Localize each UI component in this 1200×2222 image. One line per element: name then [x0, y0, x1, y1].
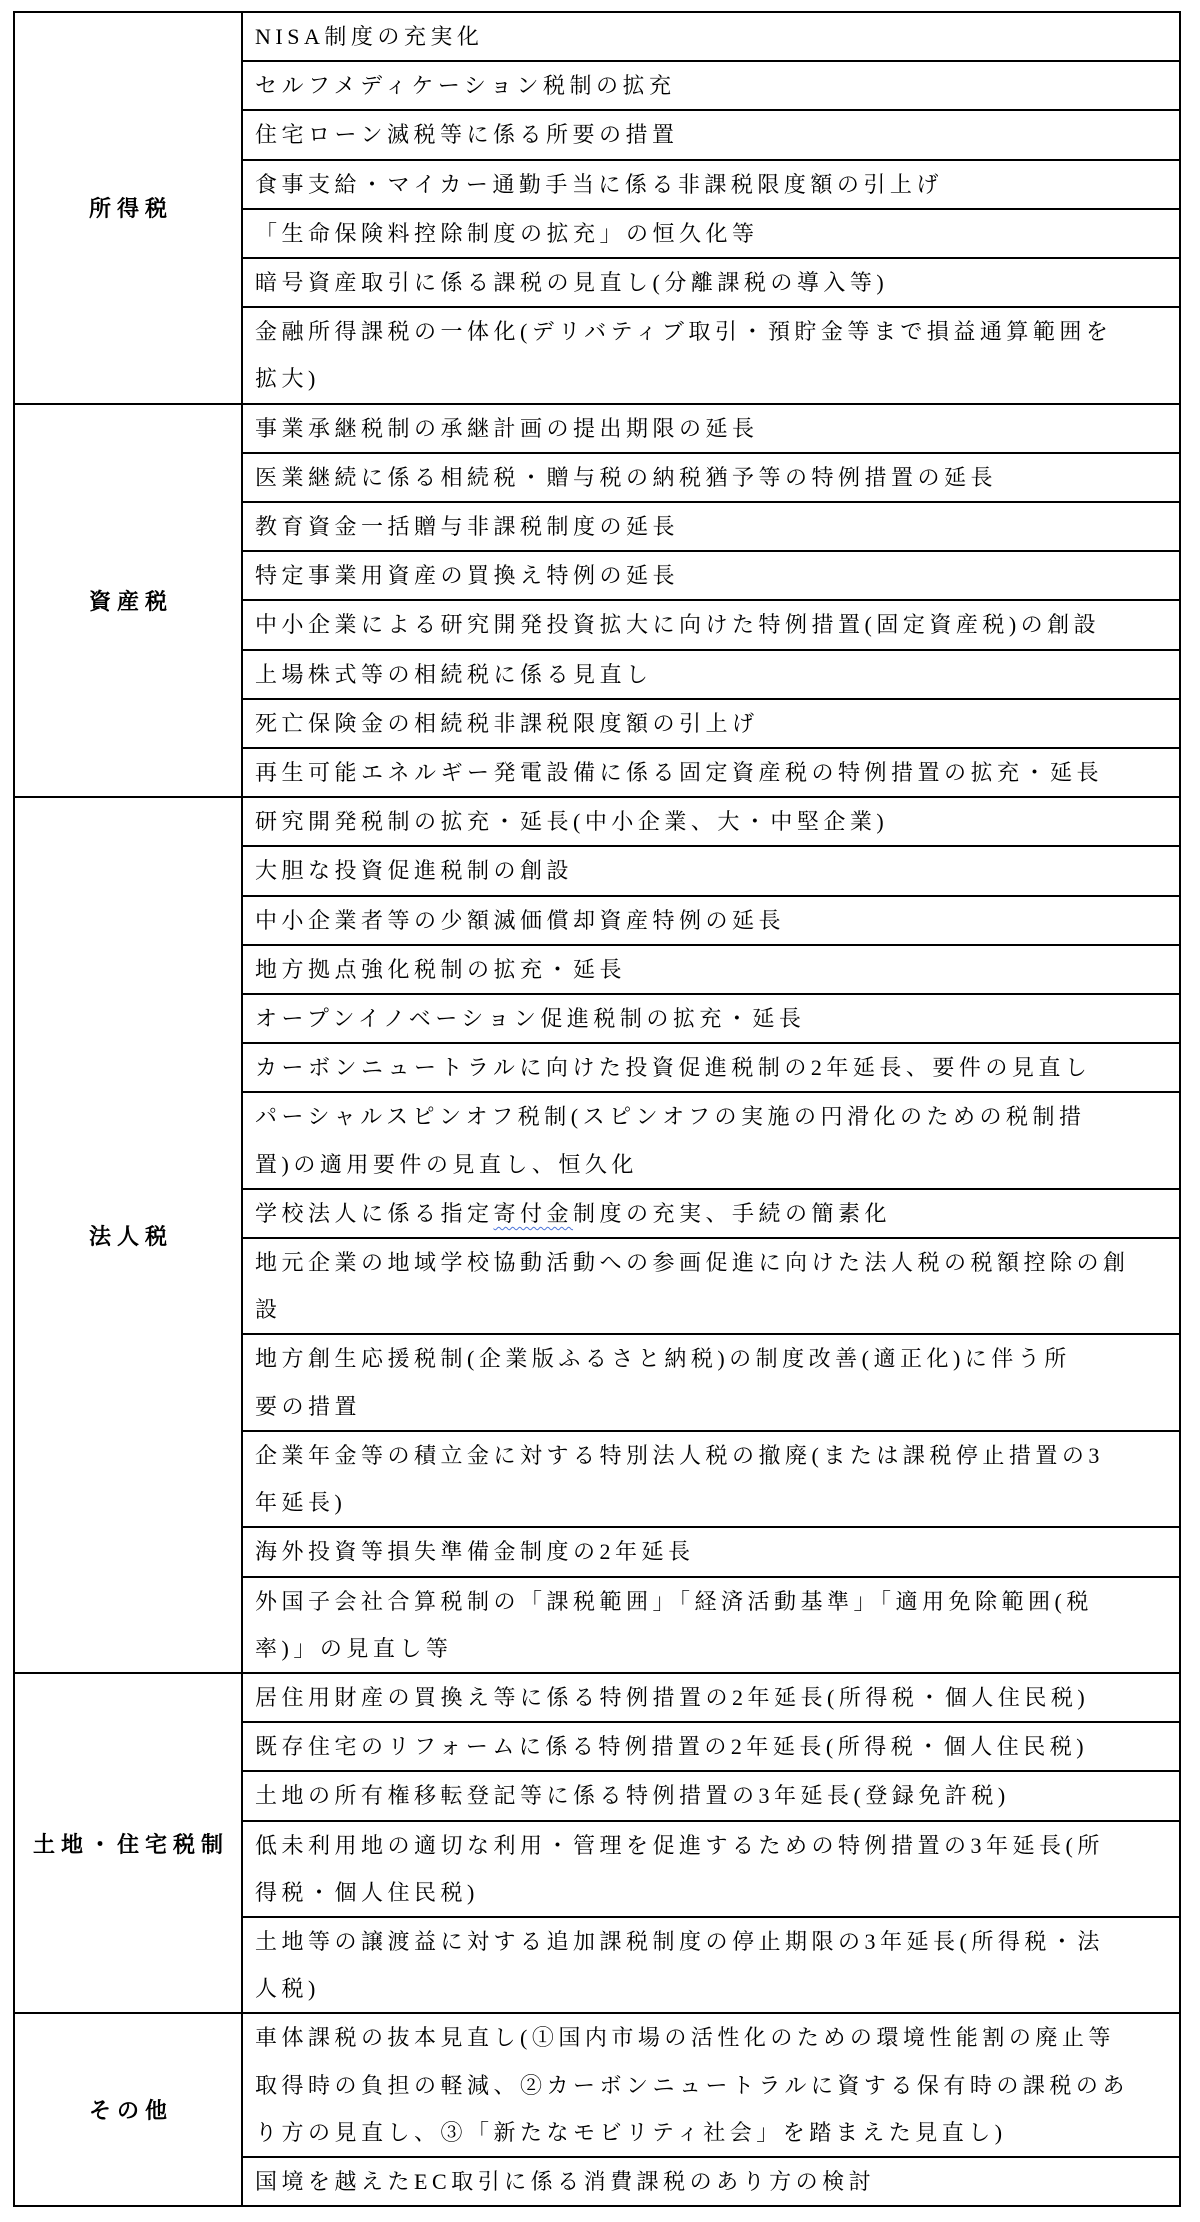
- table-section-3: 土地・住宅税制居住用財産の買換え等に係る特例措置の2年延長(所得税・個人住民税)…: [15, 1672, 1179, 2012]
- category-label: 法人税: [89, 1220, 173, 1251]
- item-row: 金融所得課税の一体化(デリバティブ取引・預貯金等まで損益通算範囲を拡大): [243, 306, 1179, 402]
- items-column: 研究開発税制の拡充・延長(中小企業、大・中堅企業)大胆な投資促進税制の創設中小企…: [243, 798, 1179, 1672]
- item-row: 土地の所有権移転登記等に係る特例措置の3年延長(登録免許税): [243, 1770, 1179, 1819]
- item-row: 地方創生応援税制(企業版ふるさと納税)の制度改善(適正化)に伴う所要の措置: [243, 1333, 1179, 1429]
- category-label: その他: [89, 2094, 173, 2125]
- item-row: 学校法人に係る指定寄付金制度の充実、手続の簡素化: [243, 1188, 1179, 1237]
- item-row: 死亡保険金の相続税非課税限度額の引上げ: [243, 698, 1179, 747]
- item-row: 医業継続に係る相続税・贈与税の納税猶予等の特例措置の延長: [243, 452, 1179, 501]
- item-row: 居住用財産の買換え等に係る特例措置の2年延長(所得税・個人住民税): [243, 1674, 1179, 1721]
- item-row: 事業承継税制の承継計画の提出期限の延長: [243, 405, 1179, 452]
- item-row: 上場株式等の相続税に係る見直し: [243, 649, 1179, 698]
- item-row: 国境を越えたEC取引に係る消費課税のあり方の検討: [243, 2156, 1179, 2205]
- item-row: セルフメディケーション税制の拡充: [243, 60, 1179, 109]
- category-label: 所得税: [89, 192, 173, 223]
- wavy-underlined-text: 寄付金: [494, 1201, 574, 1226]
- item-row: 中小企業者等の少額滅価償却資産特例の延長: [243, 895, 1179, 944]
- items-column: 車体課税の抜本見直し(①国内市場の活性化のための環境性能割の廃止等取得時の負担の…: [243, 2014, 1179, 2205]
- item-row: 食事支給・マイカー通勤手当に係る非課税限度額の引上げ: [243, 159, 1179, 208]
- table-section-2: 法人税研究開発税制の拡充・延長(中小企業、大・中堅企業)大胆な投資促進税制の創設…: [15, 796, 1179, 1672]
- item-row: オープンイノベーション促進税制の拡充・延長: [243, 993, 1179, 1042]
- category-cell: 土地・住宅税制: [15, 1674, 243, 2012]
- category-cell: 資産税: [15, 405, 243, 797]
- item-row: 住宅ローン滅税等に係る所要の措置: [243, 109, 1179, 158]
- category-cell: 法人税: [15, 798, 243, 1672]
- item-row: 企業年金等の積立金に対する特別法人税の撤廃(または課税停止措置の3年延長): [243, 1430, 1179, 1526]
- table-section-0: 所得税NISA制度の充実化セルフメディケーション税制の拡充住宅ローン滅税等に係る…: [15, 13, 1179, 403]
- item-row: 中小企業による研究開発投資拡大に向けた特例措置(固定資産税)の創設: [243, 599, 1179, 648]
- item-row: 特定事業用資産の買換え特例の延長: [243, 550, 1179, 599]
- item-row: パーシャルスピンオフ税制(スピンオフの実施の円滑化のための税制措置)の適用要件の…: [243, 1091, 1179, 1187]
- items-column: 事業承継税制の承継計画の提出期限の延長医業継続に係る相続税・贈与税の納税猶予等の…: [243, 405, 1179, 797]
- document-page: 所得税NISA制度の充実化セルフメディケーション税制の拡充住宅ローン滅税等に係る…: [0, 0, 1200, 2222]
- items-column: NISA制度の充実化セルフメディケーション税制の拡充住宅ローン滅税等に係る所要の…: [243, 13, 1179, 403]
- item-row: 大胆な投資促進税制の創設: [243, 845, 1179, 894]
- item-row: 海外投資等損失準備金制度の2年延長: [243, 1526, 1179, 1575]
- item-row: カーボンニュートラルに向けた投資促進税制の2年延長、要件の見直し: [243, 1042, 1179, 1091]
- item-row: 低未利用地の適切な利用・管理を促進するための特例措置の3年延長(所得税・個人住民…: [243, 1820, 1179, 1916]
- category-label: 土地・住宅税制: [33, 1828, 229, 1859]
- item-row: 既存住宅のリフォームに係る特例措置の2年延長(所得税・個人住民税): [243, 1721, 1179, 1770]
- table-section-1: 資産税事業承継税制の承継計画の提出期限の延長医業継続に係る相続税・贈与税の納税猶…: [15, 403, 1179, 797]
- item-row: 地元企業の地域学校協動活動への参画促進に向けた法人税の税額控除の創設: [243, 1237, 1179, 1333]
- item-row: 車体課税の抜本見直し(①国内市場の活性化のための環境性能割の廃止等取得時の負担の…: [243, 2014, 1179, 2156]
- category-cell: 所得税: [15, 13, 243, 403]
- item-row: 「生命保険料控除制度の拡充」の恒久化等: [243, 208, 1179, 257]
- item-row: 再生可能エネルギー発電設備に係る固定資産税の特例措置の拡充・延長: [243, 747, 1179, 796]
- item-row: 地方拠点強化税制の拡充・延長: [243, 944, 1179, 993]
- category-cell: その他: [15, 2014, 243, 2205]
- item-row: 土地等の譲渡益に対する追加課税制度の停止期限の3年延長(所得税・法人税): [243, 1916, 1179, 2012]
- item-row: 外国子会社合算税制の「課税範囲」「経済活動基準」「適用免除範囲(税率)」の見直し…: [243, 1576, 1179, 1672]
- tax-reform-table: 所得税NISA制度の充実化セルフメディケーション税制の拡充住宅ローン滅税等に係る…: [13, 11, 1181, 2207]
- item-row: NISA制度の充実化: [243, 13, 1179, 60]
- item-row: 教育資金一括贈与非課税制度の延長: [243, 501, 1179, 550]
- items-column: 居住用財産の買換え等に係る特例措置の2年延長(所得税・個人住民税)既存住宅のリフ…: [243, 1674, 1179, 2012]
- category-label: 資産税: [89, 585, 173, 616]
- table-section-4: その他車体課税の抜本見直し(①国内市場の活性化のための環境性能割の廃止等取得時の…: [15, 2012, 1179, 2205]
- item-row: 研究開発税制の拡充・延長(中小企業、大・中堅企業): [243, 798, 1179, 845]
- item-row: 暗号資産取引に係る課税の見直し(分離課税の導入等): [243, 257, 1179, 306]
